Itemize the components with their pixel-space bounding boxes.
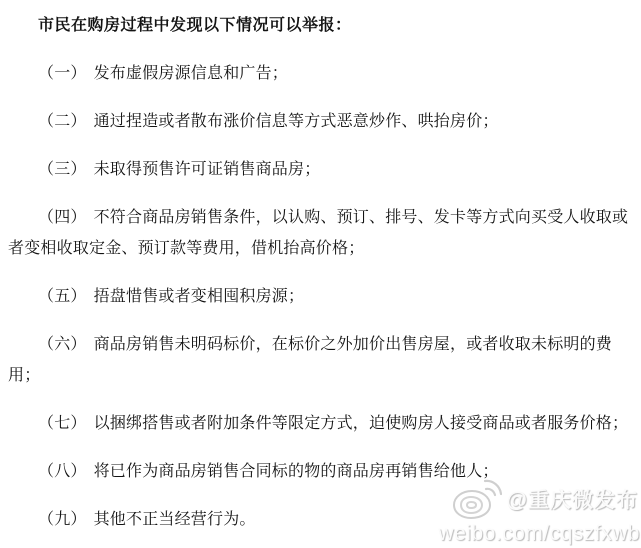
item-number: （三） [38,161,87,178]
report-item-7: （七）以捆绑搭售或者附加条件等限定方式，迫使购房人接受商品或者服务价格； [8,408,631,439]
item-text: 未取得预售许可证销售商品房； [94,161,321,178]
report-item-1: （一）发布虚假房源信息和广告； [8,58,631,89]
document-title: 市民在购房过程中发现以下情况可以举报： [8,10,631,41]
report-item-4: （四）不符合商品房销售条件，以认购、预订、排号、发卡等方式向买受人收取或者变相收… [8,202,631,264]
item-text: 捂盘惜售或者变相囤积房源； [94,288,305,305]
item-text: 商品房销售未明码标价，在标价之外加价出售房屋，或者收取未标明的费用； [8,336,612,384]
document-page: { "document": { "title": "市民在购房过程中发现以下情况… [0,0,641,548]
item-number: （五） [38,288,87,305]
report-item-9: （九）其他不正当经营行为。 [8,504,631,535]
item-number: （七） [38,415,87,432]
item-text: 以捆绑搭售或者附加条件等限定方式，迫使购房人接受商品或者服务价格； [94,415,629,432]
report-item-3: （三）未取得预售许可证销售商品房； [8,154,631,185]
item-text: 不符合商品房销售条件，以认购、预订、排号、发卡等方式向买受人收取或者变相收取定金… [8,209,628,257]
report-item-8: （八）将已作为商品房销售合同标的物的商品房再销售给他人； [8,456,631,487]
report-item-5: （五）捂盘惜售或者变相囤积房源； [8,281,631,312]
item-text: 将已作为商品房销售合同标的物的商品房再销售给他人； [94,463,499,480]
item-number: （八） [38,463,87,480]
item-text: 发布虚假房源信息和广告； [94,65,288,82]
report-item-6: （六）商品房销售未明码标价，在标价之外加价出售房屋，或者收取未标明的费用； [8,329,631,391]
report-item-2: （二）通过捏造或者散布涨价信息等方式恶意炒作、哄抬房价； [8,106,631,137]
item-number: （二） [38,113,87,130]
item-text: 其他不正当经营行为。 [94,511,256,528]
document-body: 市民在购房过程中发现以下情况可以举报： （一）发布虚假房源信息和广告； （二）通… [0,0,641,535]
item-number: （四） [38,209,87,226]
item-number: （九） [38,511,87,528]
item-text: 通过捏造或者散布涨价信息等方式恶意炒作、哄抬房价； [94,113,499,130]
item-number: （一） [38,65,87,82]
item-number: （六） [38,336,87,353]
